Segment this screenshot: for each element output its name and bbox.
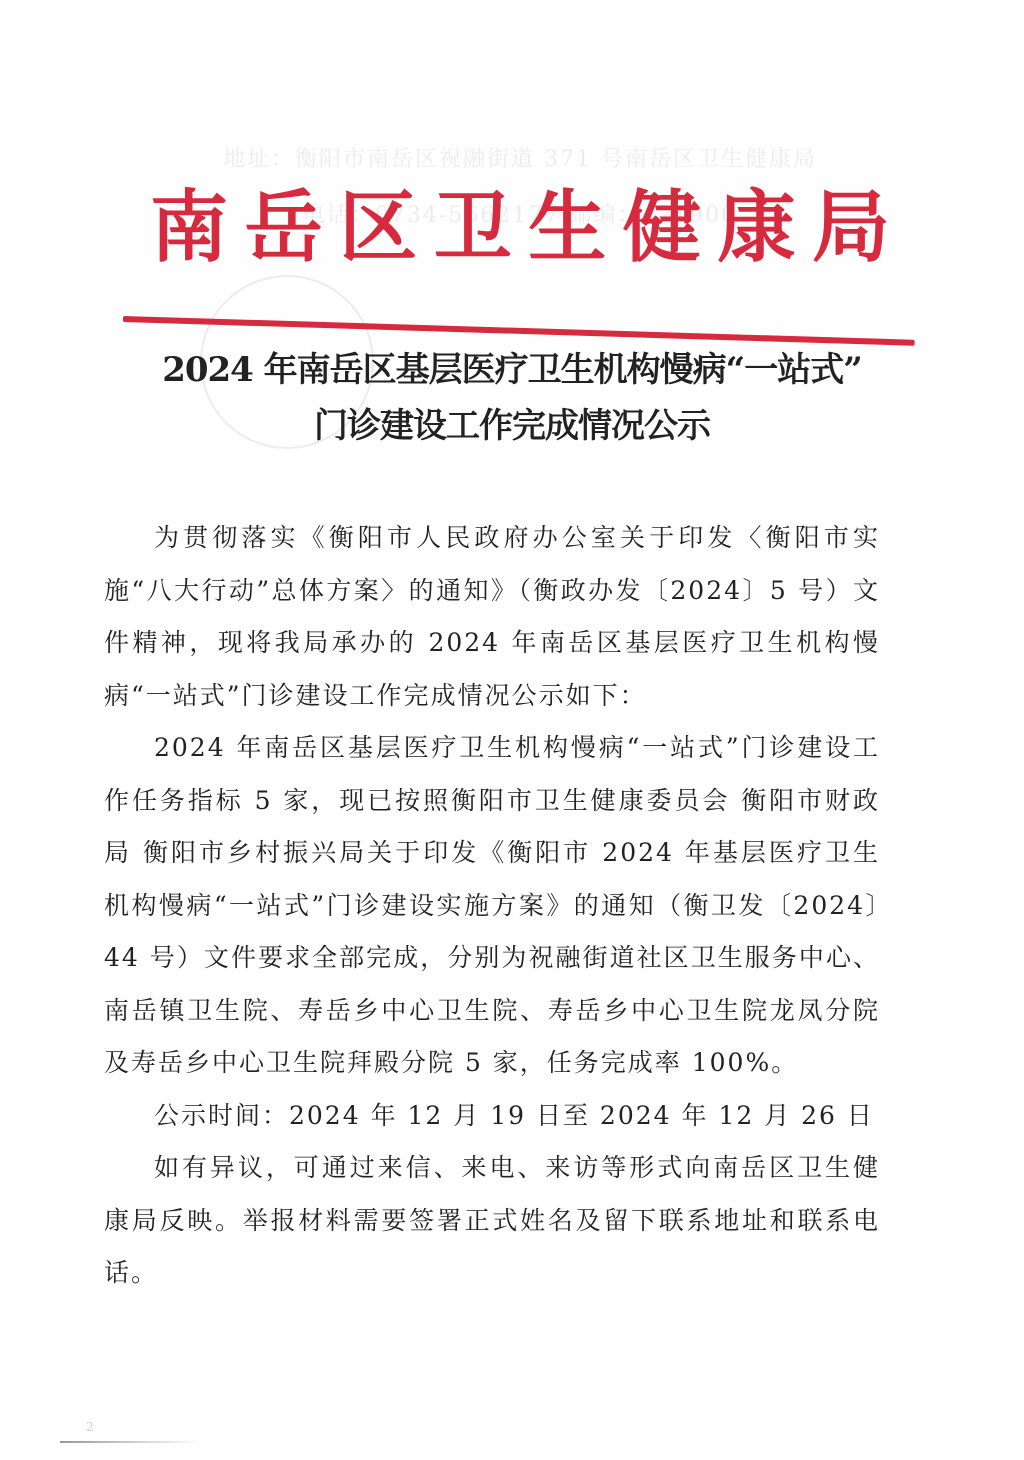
masthead-char: 健: [623, 189, 701, 267]
scan-edge-line: [60, 1441, 200, 1443]
paragraph-objection-contact: 如有异议，可通过来信、来电、来访等形式向南岳区卫生健康局反映。举报材料需要签署正…: [104, 1142, 880, 1300]
page-mark: 2: [86, 1420, 94, 1434]
paragraph-publicity-period: 公示时间：2024 年 12 月 19 日至 2024 年 12 月 26 日: [104, 1090, 880, 1143]
document-body: 为贯彻落实《衡阳市人民政府办公室关于印发〈衡阳市实施“八大行动”总体方案〉的通知…: [104, 512, 880, 1300]
paragraph-background: 为贯彻落实《衡阳市人民政府办公室关于印发〈衡阳市实施“八大行动”总体方案〉的通知…: [104, 512, 880, 722]
document-page: 地址：衡阳市南岳区祝融街道 371 号南岳区卫生健康局 电话：0734-5662…: [0, 0, 1024, 1460]
bleed-through-text-line-1: 地址：衡阳市南岳区祝融街道 371 号南岳区卫生健康局: [120, 142, 920, 173]
masthead-char: 卫: [434, 189, 512, 267]
masthead-org-name: 南 岳 区 卫 生 健 康 局: [150, 178, 890, 278]
masthead-char: 岳: [245, 189, 323, 267]
paragraph-completion-status: 2024 年南岳区基层医疗卫生机构慢病“一站式”门诊建设工作任务指标 5 家，现…: [104, 722, 880, 1090]
document-title-line-2: 门诊建设工作完成情况公示: [100, 398, 924, 447]
masthead-char: 生: [528, 189, 606, 267]
masthead-char: 局: [812, 189, 890, 267]
masthead-char: 康: [717, 189, 795, 267]
document-title-line-1: 2024 年南岳区基层医疗卫生机构慢病“一站式”: [100, 342, 924, 391]
masthead-char: 南: [150, 189, 228, 267]
masthead-char: 区: [339, 189, 417, 267]
